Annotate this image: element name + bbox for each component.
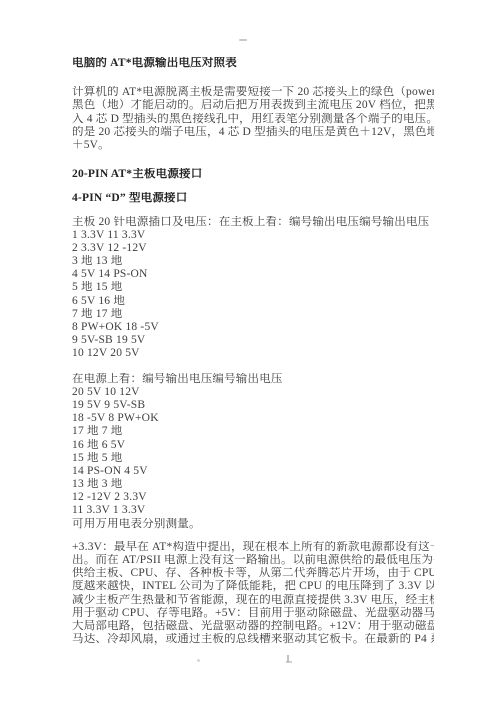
paragraph-line: 出。而在 AT/PSII 电源上没有这一路输出。以前电源供给的最低电压为+5V，… bbox=[72, 554, 434, 567]
paragraph-line: 的是 20 芯接头的端子电压，4 芯 D 型插头的电压是黄色＋12V，黑色地，红… bbox=[72, 126, 434, 139]
pin-row: 7 地 17 地 bbox=[72, 308, 434, 321]
pin-row: 18 -5V 8 PW+OK bbox=[72, 412, 434, 425]
pin-table-header: 主板 20 针电源插口及电压：在主板上看：编号输出电压编号输出电压 bbox=[72, 216, 434, 229]
pin-row: 12 -12V 2 3.3V bbox=[72, 491, 434, 504]
pin-row: 15 地 5 地 bbox=[72, 452, 434, 465]
footer-dot-smudge-icon bbox=[197, 659, 200, 662]
paragraph-line: 黑色（地）才能启动的。启动后把万用表拨到主流电压 20V 档位，把黑表笔插 bbox=[72, 99, 434, 112]
pin-row: 8 PW+OK 18 -5V bbox=[72, 321, 434, 334]
psu-pin-table: 在电源上看：编号输出电压编号输出电压 20 5V 10 12V 19 5V 9 … bbox=[72, 373, 434, 531]
motherboard-pin-table: 主板 20 针电源插口及电压：在主板上看：编号输出电压编号输出电压 1 3.3V… bbox=[72, 216, 434, 361]
paragraph-line: 大局部电路，包括磁盘、光盘驱动器的控制电路。+12V：用于驱动磁盘驱动器 bbox=[72, 620, 434, 633]
paragraph-line: 马达、冷却风扇，或通过主板的总线槽来驱动其它板卡。在最新的 P4 系统中， bbox=[72, 633, 434, 646]
voltage-paragraph: +3.3V：最早在 AT*构造中提出，现在根本上所有的新款电源都设有这一路输 出… bbox=[72, 541, 434, 647]
document-content: 电脑的 AT*电源输出电压对照表 计算机的 AT*电源脱离主板是需要短接一下 2… bbox=[72, 57, 434, 646]
pin-row: 4 5V 14 PS-ON bbox=[72, 268, 434, 281]
pin-row: 3 地 13 地 bbox=[72, 255, 434, 268]
paragraph-line: ＋5V。 bbox=[72, 139, 434, 152]
paragraph-line: 度越来越快，INTEL 公司为了降低能耗，把 CPU 的电压降到了 3.3V 以… bbox=[72, 580, 434, 593]
pin-row: 1 3.3V 11 3.3V bbox=[72, 229, 434, 242]
pin-row: 19 5V 9 5V-SB bbox=[72, 399, 434, 412]
pin-row: 13 地 3 地 bbox=[72, 478, 434, 491]
pin-row: 20 5V 10 12V bbox=[72, 386, 434, 399]
section-heading-4pin: 4-PIN “D” 型电源接口 bbox=[72, 192, 434, 205]
paragraph-line: +3.3V：最早在 AT*构造中提出，现在根本上所有的新款电源都设有这一路输 bbox=[72, 541, 434, 554]
paragraph-line: 减少主板产生热量和节省能源，现在的电源直接提供 3.3V 电压，经主板变换后 bbox=[72, 594, 434, 607]
note-line: 可用万用电表分别测量。 bbox=[72, 518, 434, 531]
pin-row: 17 地 7 地 bbox=[72, 425, 434, 438]
paragraph-line: 计算机的 AT*电源脱离主板是需要短接一下 20 芯接头上的绿色（power o… bbox=[72, 86, 434, 99]
pin-row: 6 5V 16 地 bbox=[72, 295, 434, 308]
pin-row: 5 地 15 地 bbox=[72, 281, 434, 294]
paragraph-line: 入 4 芯 D 型插头的黑色接线孔中，用红表笔分别测量各个端子的电压。楼上列 bbox=[72, 113, 434, 126]
pin-row: 9 5V-SB 19 5V bbox=[72, 334, 434, 347]
paragraph-line: 用于驱动 CPU、存等电路。+5V：目前用于驱动除磁盘、光盘驱动器马达以外的 bbox=[72, 607, 434, 620]
section-heading-20pin: 20-PIN AT*主板电源接口 bbox=[72, 168, 434, 181]
top-smudge-icon bbox=[239, 39, 247, 41]
psu-table-header: 在电源上看：编号输出电压编号输出电压 bbox=[72, 373, 434, 386]
footer-mark-smudge-icon bbox=[286, 661, 292, 663]
document-page: 电脑的 AT*电源输出电压对照表 计算机的 AT*电源脱离主板是需要短接一下 2… bbox=[0, 0, 500, 707]
pin-row: 14 PS-ON 4 5V bbox=[72, 465, 434, 478]
paragraph-line: 供给主板、CPU、存、各种板卡等，从第二代奔腾芯片开场，由于 CPU 的运算速 bbox=[72, 567, 434, 580]
pin-row: 16 地 6 5V bbox=[72, 439, 434, 452]
page-title: 电脑的 AT*电源输出电压对照表 bbox=[72, 57, 434, 70]
pin-row: 10 12V 20 5V bbox=[72, 347, 434, 360]
pin-row: 2 3.3V 12 -12V bbox=[72, 242, 434, 255]
pin-row: 11 3.3V 1 3.3V bbox=[72, 504, 434, 517]
intro-paragraph: 计算机的 AT*电源脱离主板是需要短接一下 20 芯接头上的绿色（power o… bbox=[72, 86, 434, 152]
